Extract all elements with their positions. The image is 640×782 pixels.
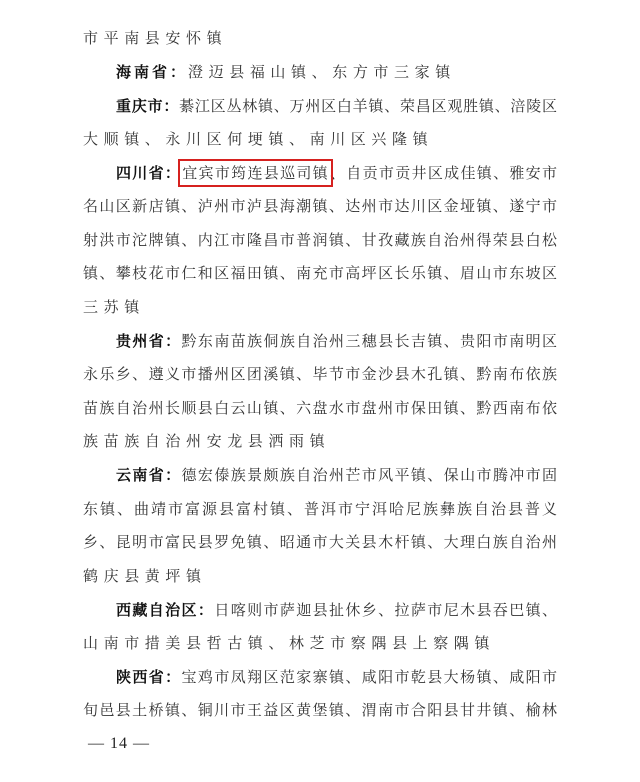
province-label: 陕西省：: [116, 668, 182, 686]
province-label: 海南省：: [116, 63, 188, 81]
paragraph-text: 澄迈县福山镇、东方市三家镇: [188, 63, 456, 81]
paragraph-guizhou: 贵州省：黔东南苗族侗族自治州三穗县长吉镇、贵阳市南明区: [116, 330, 557, 352]
text-line: 名山区新店镇、泸州市泸县海潮镇、达州市达川区金垭镇、遂宁市: [83, 195, 557, 217]
text-line: 鹤庆县黄坪镇: [83, 565, 207, 587]
text-line: 旬邑县土桥镇、铜川市王益区黄堡镇、渭南市合阳县甘井镇、榆林: [83, 699, 557, 721]
document-page: 市平南县安怀镇 海南省：澄迈县福山镇、东方市三家镇 重庆市：綦江区丛林镇、万州区…: [0, 0, 640, 782]
line-text: 名山区新店镇、泸州市泸县海潮镇、达州市达川区金垭镇、遂宁市: [83, 197, 557, 215]
province-label: 重庆市：: [116, 97, 179, 115]
paragraph-text: 日喀则市萨迦县扯休乡、拉萨市尼木县吞巴镇、: [214, 601, 557, 619]
province-label: 西藏自治区：: [116, 601, 214, 619]
line-text: 市平南县安怀镇: [83, 29, 227, 47]
line-text: 苗族自治州长顺县白云山镇、六盘水市盘州市保田镇、黔西南布依: [83, 399, 557, 417]
text-line: 大顺镇、永川区何埂镇、南川区兴隆镇: [83, 128, 433, 150]
province-label: 四川省：: [116, 164, 181, 182]
line-text: 旬邑县土桥镇、铜川市王益区黄堡镇、渭南市合阳县甘井镇、榆林: [83, 701, 557, 719]
text-line: 族苗族自治州安龙县洒雨镇: [83, 430, 330, 452]
line-text: 族苗族自治州安龙县洒雨镇: [83, 432, 330, 450]
text-line: 苗族自治州长顺县白云山镇、六盘水市盘州市保田镇、黔西南布依: [83, 397, 557, 419]
text-line: 市平南县安怀镇: [83, 27, 227, 49]
province-label: 贵州省：: [116, 332, 182, 350]
paragraph-tibet: 西藏自治区：日喀则市萨迦县扯休乡、拉萨市尼木县吞巴镇、: [116, 599, 557, 621]
paragraph-yunnan: 云南省：德宏傣族景颇族自治州芒市风平镇、保山市腾冲市固: [116, 464, 557, 486]
paragraph-text: 黔东南苗族侗族自治州三穗县长吉镇、贵阳市南明区: [182, 332, 557, 350]
text-line: 镇、攀枝花市仁和区福田镇、南充市高坪区长乐镇、眉山市东坡区: [83, 262, 557, 284]
paragraph-shaanxi: 陕西省：宝鸡市凤翔区范家寨镇、咸阳市乾县大杨镇、咸阳市: [116, 666, 557, 688]
line-text: 永乐乡、遵义市播州区团溪镇、毕节市金沙县木孔镇、黔南布依族: [83, 365, 557, 383]
page-number: — 14 —: [88, 735, 150, 753]
line-text: 射洪市沱牌镇、内江市隆昌市普润镇、甘孜藏族自治州得荣县白松: [83, 231, 557, 249]
text-line: 乡、昆明市富民县罗免镇、昭通市大关县木杆镇、大理白族自治州: [83, 531, 557, 553]
line-text: 东镇、曲靖市富源县富村镇、普洱市宁洱哈尼族彝族自治县普义: [83, 500, 557, 518]
text-line: 山南市措美县哲古镇、林芝市察隅县上察隅镇: [83, 632, 495, 654]
text-line: 东镇、曲靖市富源县富村镇、普洱市宁洱哈尼族彝族自治县普义: [83, 498, 557, 520]
paragraph-hainan: 海南省：澄迈县福山镇、东方市三家镇: [116, 61, 456, 83]
paragraph-text: 宝鸡市凤翔区范家寨镇、咸阳市乾县大杨镇、咸阳市: [182, 668, 557, 686]
line-text: 大顺镇、永川区何埂镇、南川区兴隆镇: [83, 130, 433, 148]
paragraph-text: 、自贡市贡井区成佳镇、雅安市: [330, 164, 557, 182]
line-text: 乡、昆明市富民县罗免镇、昭通市大关县木杆镇、大理白族自治州: [83, 533, 557, 551]
paragraph-text: 德宏傣族景颇族自治州芒市风平镇、保山市腾冲市固: [182, 466, 557, 484]
text-line: 射洪市沱牌镇、内江市隆昌市普润镇、甘孜藏族自治州得荣县白松: [83, 229, 557, 251]
paragraph-chongqing: 重庆市：綦江区丛林镇、万州区白羊镇、荣昌区观胜镇、涪陵区: [116, 95, 557, 117]
highlighted-town: 宜宾市筠连县巡司镇: [181, 162, 330, 184]
province-label: 云南省：: [116, 466, 182, 484]
line-text: 山南市措美县哲古镇、林芝市察隅县上察隅镇: [83, 634, 495, 652]
text-line: 三苏镇: [83, 296, 145, 318]
paragraph-sichuan: 四川省：宜宾市筠连县巡司镇、自贡市贡井区成佳镇、雅安市: [116, 162, 557, 184]
line-text: 镇、攀枝花市仁和区福田镇、南充市高坪区长乐镇、眉山市东坡区: [83, 264, 557, 282]
line-text: 三苏镇: [83, 298, 145, 316]
paragraph-text: 綦江区丛林镇、万州区白羊镇、荣昌区观胜镇、涪陵区: [179, 97, 557, 115]
text-line: 永乐乡、遵义市播州区团溪镇、毕节市金沙县木孔镇、黔南布依族: [83, 363, 557, 385]
line-text: 鹤庆县黄坪镇: [83, 567, 207, 585]
